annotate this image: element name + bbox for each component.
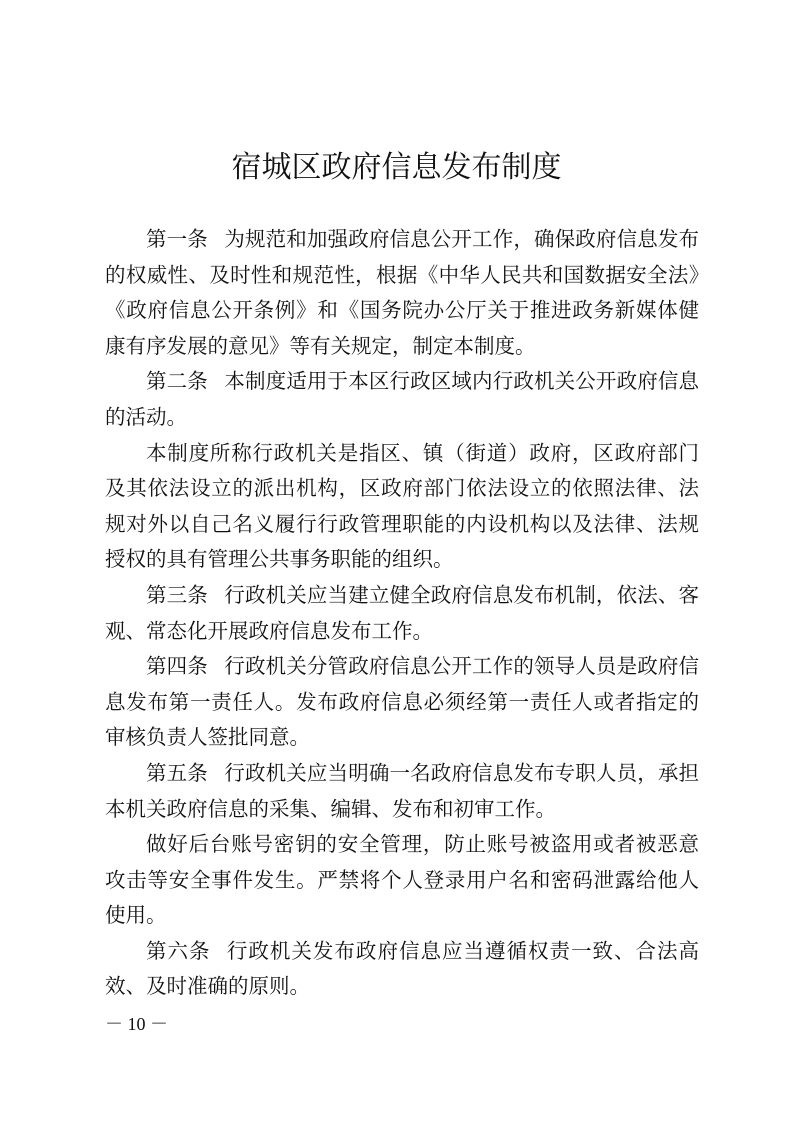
paragraph: 本制度所称行政机关是指区、镇（街道）政府，区政府部门及其依法设立的派出机构，区政…	[105, 436, 699, 578]
page-number: － 10 －	[105, 1010, 168, 1036]
paragraph: 第一条为规范和加强政府信息公开工作，确保政府信息发布的权威性、及时性和规范性，根…	[105, 222, 699, 364]
article-label: 第六条	[146, 939, 211, 963]
paragraph-text: 本制度所称行政机关是指区、镇（街道）政府，区政府部门及其依法设立的派出机构，区政…	[105, 441, 699, 572]
paragraph-text: 做好后台账号密钥的安全管理，防止账号被盗用或者被恶意攻击等安全事件发生。严禁将个…	[105, 832, 699, 927]
paragraph: 第四条行政机关分管政府信息公开工作的领导人员是政府信息发布第一责任人。发布政府信…	[105, 649, 699, 756]
document-title: 宿城区政府信息发布制度	[0, 142, 793, 186]
paragraph: 第六条行政机关发布政府信息应当遵循权责一致、合法高效、及时准确的原则。	[105, 934, 699, 1005]
paragraph: 第三条行政机关应当建立健全政府信息发布机制，依法、客观、常态化开展政府信息发布工…	[105, 578, 699, 649]
paragraph: 做好后台账号密钥的安全管理，防止账号被盗用或者被恶意攻击等安全事件发生。严禁将个…	[105, 827, 699, 934]
article-label: 第五条	[146, 761, 208, 785]
article-label: 第二条	[146, 369, 208, 393]
article-label: 第四条	[146, 654, 208, 678]
document-body: 第一条为规范和加强政府信息公开工作，确保政府信息发布的权威性、及时性和规范性，根…	[105, 222, 699, 1005]
paragraph: 第二条本制度适用于本区行政区域内行政机关公开政府信息的活动。	[105, 364, 699, 435]
article-label: 第三条	[146, 583, 208, 607]
article-label: 第一条	[146, 227, 208, 251]
paragraph: 第五条行政机关应当明确一名政府信息发布专职人员，承担本机关政府信息的采集、编辑、…	[105, 756, 699, 827]
